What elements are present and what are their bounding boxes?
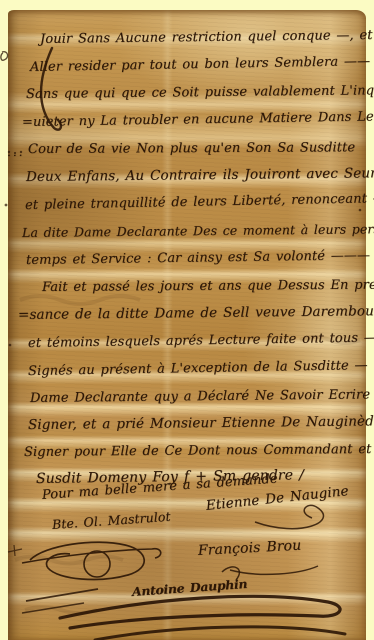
margin-curl-mark [1,52,8,61]
manuscript-line: La dite Dame Declarante Des ce moment à … [22,222,374,239]
manuscript-line: Sans que qui que ce Soit puisse valablem… [26,84,374,101]
manuscript-line: =sance de la ditte Dame de Sell veuve Da… [18,305,374,322]
margin-ink-dots: ... [7,146,25,159]
manuscript-line: Deux Enfans, Au Contraire ils Jouiront a… [26,167,374,184]
manuscript-line: Dame Declarante quy a Déclaré Ne Savoir … [30,388,374,405]
manuscript-line: Fait et passé les jours et ans que Dessu… [42,279,374,294]
manuscript-line: Jouir Sans Aucune restriction quel conqu… [40,29,374,46]
aged-paper-sheet [8,10,366,640]
manuscript-line: Signer, et a prié Monsieur Etienne De Na… [28,415,374,432]
manuscript-line: Cour de Sa vie Non plus qu'en Son Sa Sus… [28,141,355,156]
scanned-manuscript-page: Jouir Sans Aucune restriction quel conqu… [0,0,374,640]
manuscript-line: Signer pour Elle de Ce Dont nous Command… [24,443,374,459]
